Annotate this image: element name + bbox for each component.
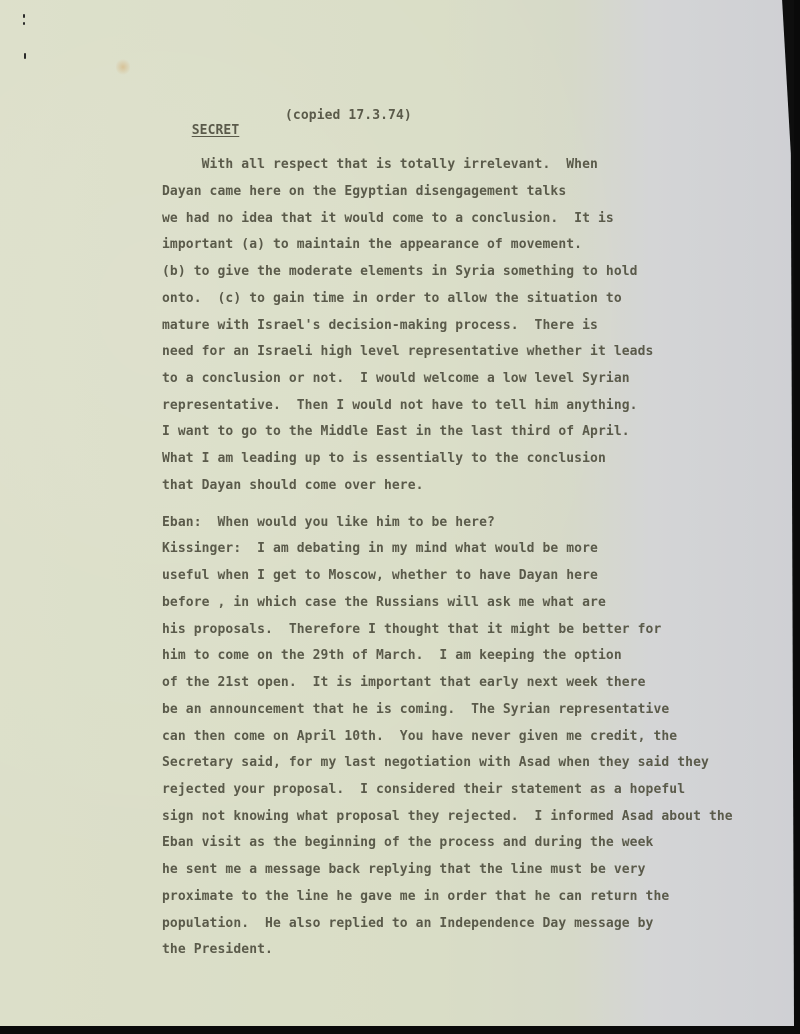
text-line: that Dayan should come over here. (162, 478, 424, 493)
margin-mark (23, 22, 25, 25)
text-line: the President. (162, 942, 273, 957)
text-line: can then come on April 10th. You have ne… (162, 729, 677, 744)
scan-border-right (794, 0, 800, 1034)
speaker-line-kissinger: Kissinger: I am debating in my mind what… (162, 541, 598, 556)
speaker-line-eban: Eban: When would you like him to be here… (162, 515, 495, 530)
text-line: I want to go to the Middle East in the l… (162, 424, 630, 439)
text-line: Dayan came here on the Egyptian disengag… (162, 184, 566, 199)
document-page: SECRET (copied 17.3.74) With all respect… (0, 0, 794, 1026)
text-line: of the 21st open. It is important that e… (162, 675, 646, 690)
text-line: to a conclusion or not. I would welcome … (162, 371, 630, 386)
text-line: useful when I get to Moscow, whether to … (162, 568, 598, 583)
text-line: we had no idea that it would come to a c… (162, 211, 614, 226)
margin-mark (24, 53, 26, 59)
text-line: he sent me a message back replying that … (162, 862, 646, 877)
text-line: his proposals. Therefore I thought that … (162, 622, 661, 637)
text-line: What I am leading up to is essentially t… (162, 451, 606, 466)
text-line: With all respect that is totally irrelev… (162, 157, 598, 172)
copy-note: (copied 17.3.74) (285, 108, 412, 123)
text-line: need for an Israeli high level represent… (162, 344, 653, 359)
classification-marking: SECRET (192, 123, 240, 138)
text-line: be an announcement that he is coming. Th… (162, 702, 669, 717)
text-line: proximate to the line he gave me in orde… (162, 889, 669, 904)
text-line: representative. Then I would not have to… (162, 398, 638, 413)
text-line: mature with Israel's decision-making pro… (162, 318, 598, 333)
scan-border-bottom (0, 1026, 800, 1034)
text-line: important (a) to maintain the appearance… (162, 237, 582, 252)
text-line: before , in which case the Russians will… (162, 595, 606, 610)
text-line: him to come on the 29th of March. I am k… (162, 648, 622, 663)
text-line: rejected your proposal. I considered the… (162, 782, 685, 797)
text-line: sign not knowing what proposal they reje… (162, 809, 733, 824)
text-line: Secretary said, for my last negotiation … (162, 755, 709, 770)
text-line: onto. (c) to gain time in order to allow… (162, 291, 622, 306)
paper-stain (116, 58, 130, 76)
text-line: (b) to give the moderate elements in Syr… (162, 264, 638, 279)
margin-mark (23, 14, 25, 18)
text-line: population. He also replied to an Indepe… (162, 916, 653, 931)
text-line: Eban visit as the beginning of the proce… (162, 835, 653, 850)
